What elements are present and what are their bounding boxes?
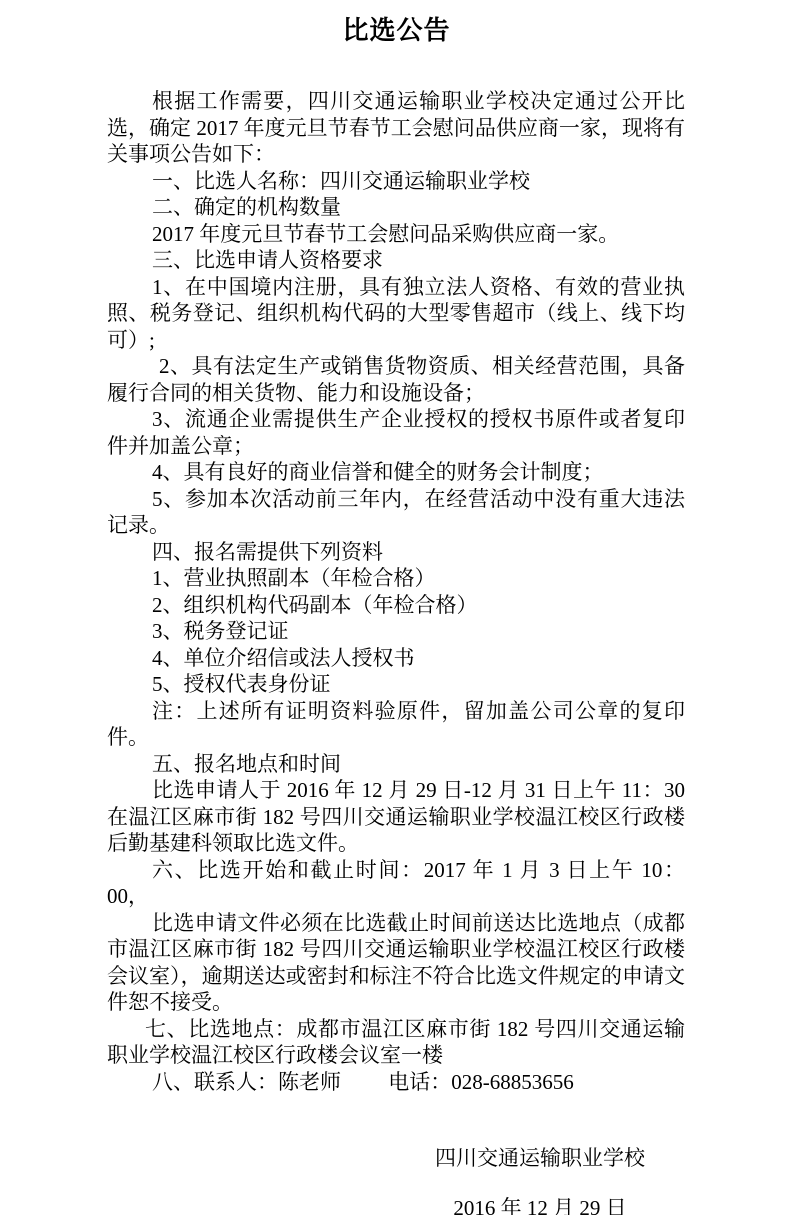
signature-organization: 四川交通运输职业学校 — [435, 1145, 645, 1172]
paragraph-qualification-1: 1、在中国境内注册，具有独立法人资格、有效的营业执照、税务登记、组织机构代码的大… — [107, 274, 685, 354]
signature-date: 2016 年 12 月 29 日 — [435, 1195, 645, 1215]
paragraph-material-3: 3、税务登记证 — [107, 618, 685, 645]
paragraph-item-3: 三、比选申请人资格要求 — [107, 247, 685, 274]
document-page: 比选公告 根据工作需要，四川交通运输职业学校决定通过公开比选，确定 2017 年… — [0, 0, 793, 1215]
paragraph-item-5-detail: 比选申请人于 2016 年 12 月 29 日-12 月 31 日上午 11：3… — [107, 777, 685, 857]
paragraph-qualification-2: 2、具有法定生产或销售货物资质、相关经营范围，具备履行合同的相关货物、能力和设施… — [107, 353, 685, 406]
paragraph-item-4: 四、报名需提供下列资料 — [107, 539, 685, 566]
paragraph-item-2: 二、确定的机构数量 — [107, 194, 685, 221]
paragraph-qualification-3: 3、流通企业需提供生产企业授权的授权书原件或者复印件并加盖公章； — [107, 406, 685, 459]
signature-block: 四川交通运输职业学校 2016 年 12 月 29 日 — [435, 1145, 645, 1215]
paragraph-item-1: 一、比选人名称：四川交通运输职业学校 — [107, 168, 685, 195]
paragraph-qualification-4: 4、具有良好的商业信誉和健全的财务会计制度； — [107, 459, 685, 486]
paragraph-item-8-contact: 八、联系人：陈老师 电话：028-68853656 — [107, 1069, 685, 1096]
paragraph-item-6-detail: 比选申请文件必须在比选截止时间前送达比选地点（成都市温江区麻市街 182 号四川… — [107, 910, 685, 1016]
paragraph-material-4: 4、单位介绍信或法人授权书 — [107, 645, 685, 672]
paragraph-material-2: 2、组织机构代码副本（年检合格） — [107, 592, 685, 619]
paragraph-item-2-detail: 2017 年度元旦节春节工会慰问品采购供应商一家。 — [107, 221, 685, 248]
paragraph-material-5: 5、授权代表身份证 — [107, 671, 685, 698]
paragraph-qualification-5: 5、参加本次活动前三年内，在经营活动中没有重大违法记录。 — [107, 486, 685, 539]
document-body: 根据工作需要，四川交通运输职业学校决定通过公开比选，确定 2017 年度元旦节春… — [107, 88, 685, 1095]
paragraph-item-7: 七、比选地点：成都市温江区麻市街 182 号四川交通运输职业学校温江校区行政楼会… — [107, 1016, 685, 1069]
paragraph-item-5: 五、报名地点和时间 — [107, 751, 685, 778]
paragraph-material-1: 1、营业执照副本（年检合格） — [107, 565, 685, 592]
paragraph-item-6: 六、比选开始和截止时间：2017 年 1 月 3 日上午 10：00， — [107, 857, 685, 910]
paragraph-note: 注：上述所有证明资料验原件，留加盖公司公章的复印件。 — [107, 698, 685, 751]
document-title: 比选公告 — [0, 16, 793, 45]
paragraph-intro: 根据工作需要，四川交通运输职业学校决定通过公开比选，确定 2017 年度元旦节春… — [107, 88, 685, 168]
